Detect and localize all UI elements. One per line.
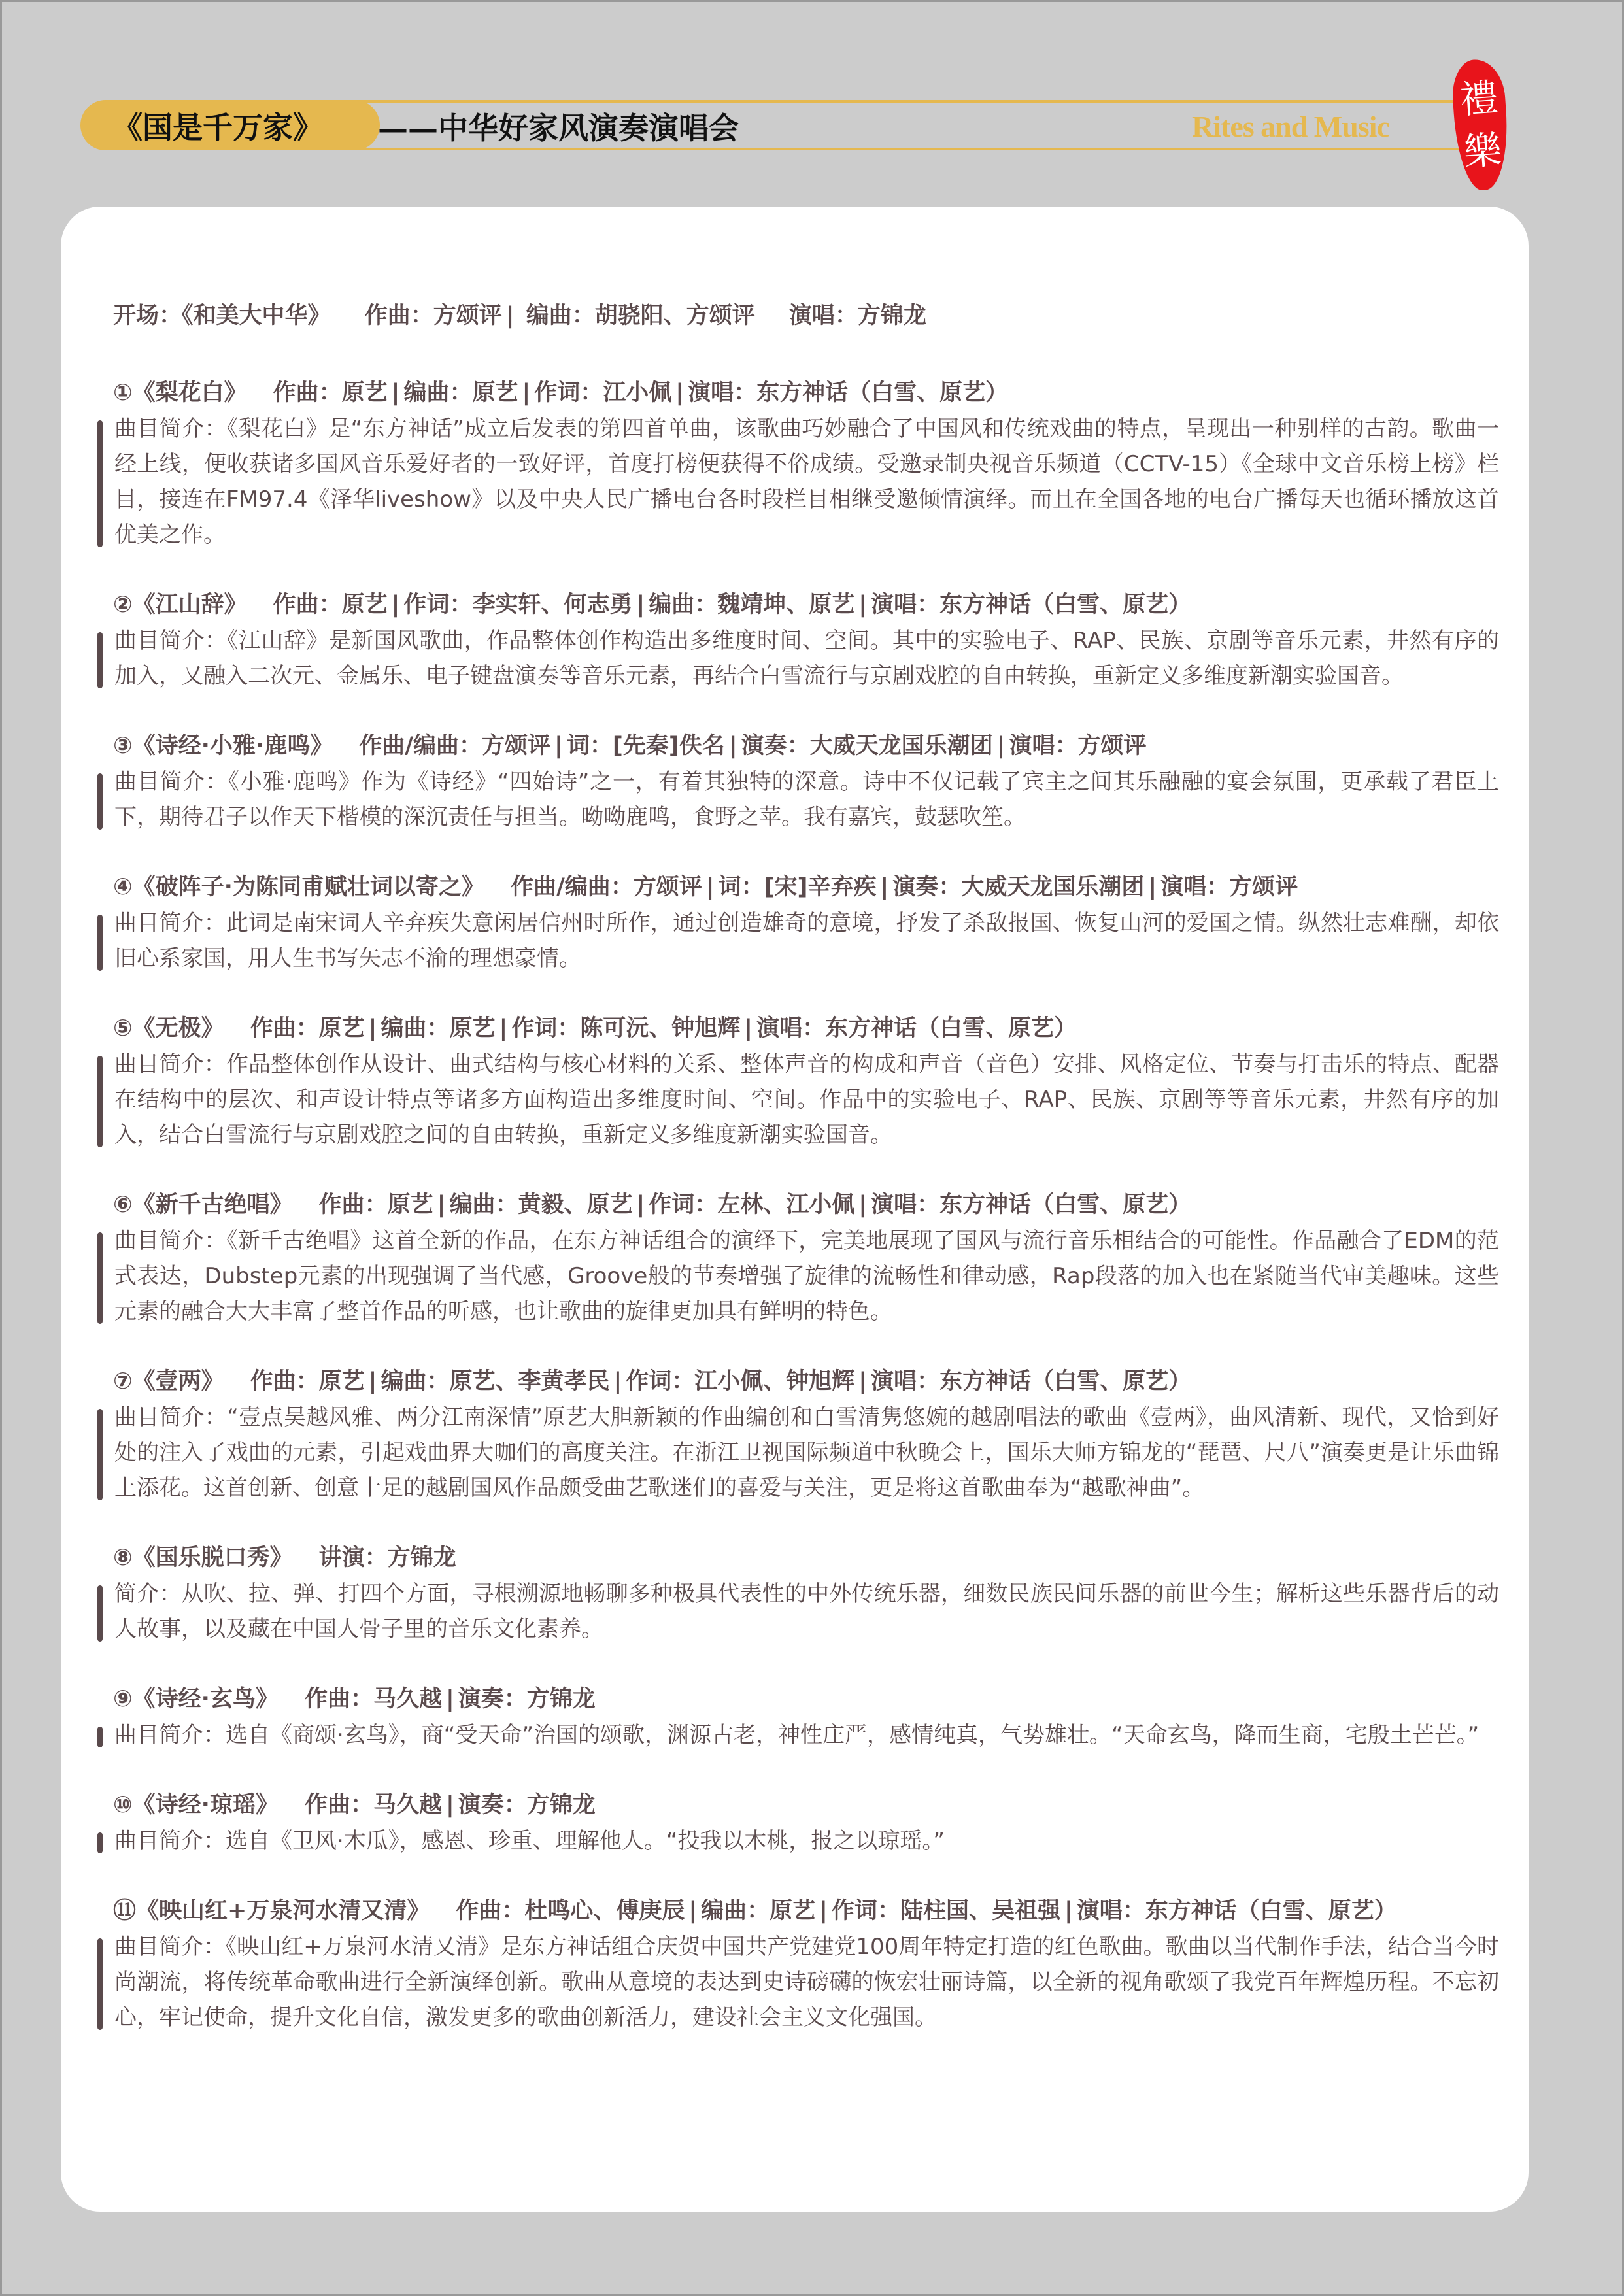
credit-item: 作词：李实轩、何志勇 [403,592,632,618]
program-item: ⑤《无极》作曲：原艺|编曲：原艺|作词：陈可沅、钟旭辉|演唱：东方神话（白雪、原… [113,1010,1499,1153]
credit-separator: | [1148,869,1157,905]
opening-label: 开场：《和美大中华》 [113,303,331,329]
song-credits: 作曲：原艺|编曲：黄毅、原艺|作词：左林、江小佩|演唱：东方神话（白雪、原艺） [319,1192,1191,1218]
program-item-header: ⑥《新千古绝唱》作曲：原艺|编曲：黄毅、原艺|作词：左林、江小佩|演唱：东方神话… [113,1187,1499,1223]
program-item-header: ⑨《诗经·玄鸟》作曲：马久越|演奏：方锦龙 [113,1681,1499,1717]
song-credits: 作曲：原艺|作词：李实轩、何志勇|编曲：魏靖坤、原艺|演唱：东方神话（白雪、原艺… [273,592,1191,618]
credit-item: 编曲：原艺、李黄孝民 [381,1368,609,1394]
program-item-header: ⑧《国乐脱口秀》讲演：方锦龙 [113,1540,1499,1576]
credit-item: 作曲：原艺 [250,1368,365,1394]
song-description: 曲目简介：选自《商颂·玄鸟》，商“受天命”治国的颂歌，渊源古老，神性庄严，感情纯… [113,1717,1499,1753]
song-title: ⑨《诗经·玄鸟》 [113,1686,279,1712]
song-credits: 作曲/编曲：方颂评|词：[先秦]佚名|演奏：大威天龙国乐潮团|演唱：方颂评 [359,733,1146,759]
credit-separator: | [1064,1893,1073,1929]
program-item: ⑦《壹两》作曲：原艺|编曲：原艺、李黄孝民|作词：江小佩、钟旭辉|演唱：东方神话… [113,1363,1499,1506]
credit-separator: | [636,1187,645,1223]
opening-arranger: 编曲：胡骁阳、方颂评 [526,303,755,329]
credit-item: 作词：陆柱国、吴祖强 [832,1898,1060,1924]
credit-item: 演奏：方锦龙 [458,1686,596,1712]
credit-item: 作曲：马久越 [305,1686,442,1712]
song-credits: 作曲/编曲：方颂评|词：[宋]辛弃疾|演奏：大威天龙国乐潮团|演唱：方颂评 [511,874,1298,900]
credit-item: 演唱：东方神话（白雪、原艺） [871,1368,1191,1394]
credit-separator: | [744,1010,753,1047]
credit-item: 作曲：原艺 [273,592,388,618]
credit-item: 编曲：原艺 [701,1898,815,1924]
song-title: ⑩《诗经·琼瑶》 [113,1792,279,1818]
concert-title: 《国是千万家》 [112,104,323,147]
program-item: ④《破阵子·为陈同甫赋壮词以寄之》作曲/编曲：方颂评|词：[宋]辛弃疾|演奏：大… [113,869,1499,976]
credit-item: 演唱：方颂评 [1009,733,1146,759]
credit-separator: | [997,728,1006,764]
song-credits: 作曲：马久越|演奏：方锦龙 [305,1792,596,1818]
english-tagline: Rites and Music [1192,107,1389,146]
credit-item: 编曲：原艺 [403,380,518,406]
credit-separator: | [392,375,400,411]
credit-item: 作曲/编曲：方颂评 [511,874,702,900]
program-item: ⑨《诗经·玄鸟》作曲：马久越|演奏：方锦龙 曲目简介：选自《商颂·玄鸟》，商“受… [113,1681,1499,1753]
credit-item: 作曲：原艺 [273,380,388,406]
song-title: ③《诗经·小雅·鹿鸣》 [113,733,333,759]
program-item: ②《江山辞》作曲：原艺|作词：李实轩、何志勇|编曲：魏靖坤、原艺|演唱：东方神话… [113,586,1499,694]
seal-char-li: 禮 [1458,71,1499,126]
credit-separator: | [392,586,400,623]
credit-separator: | [881,869,889,905]
credit-item: 演唱：东方神话（白雪、原艺） [688,380,1008,406]
song-title: ⑦《壹两》 [113,1368,224,1394]
song-description: 曲目简介：《映山红+万泉河水清又清》是东方神话组合庆贺中国共产党建党100周年特… [113,1929,1499,2035]
song-description: 曲目简介：《江山辞》是新国风歌曲，作品整体创作构造出多维度时间、空间。其中的实验… [113,623,1499,694]
opening-singer: 演唱：方锦龙 [789,303,926,329]
credit-separator: | [858,1187,867,1223]
song-description: 曲目简介：作品整体创作从设计、曲式结构与核心材料的关系、整体声音的构成和声音（音… [113,1047,1499,1153]
credit-item: 演奏：方锦龙 [458,1792,596,1818]
title-badge: 《国是千万家》 [80,100,355,150]
song-credits: 作曲：杜鸣心、傅庚辰|编曲：原艺|作词：陆柱国、吴祖强|演唱：东方神话（白雪、原… [456,1898,1396,1924]
credit-item: 演唱：方颂评 [1160,874,1298,900]
program-item: ⑥《新千古绝唱》作曲：原艺|编曲：黄毅、原艺|作词：左林、江小佩|演唱：东方神话… [113,1187,1499,1329]
opening-act: 开场：《和美大中华》 作曲：方颂评| 编曲：胡骁阳、方颂评 演唱：方锦龙 [113,296,1499,335]
program-item: ⑧《国乐脱口秀》讲演：方锦龙 简介：从吹、拉、弹、打四个方面，寻根溯源地畅聊多种… [113,1540,1499,1647]
credit-item: 编曲：魏靖坤、原艺 [649,592,854,618]
credit-separator: | [858,1363,867,1400]
program-item: ③《诗经·小雅·鹿鸣》作曲/编曲：方颂评|词：[先秦]佚名|演奏：大威天龙国乐潮… [113,728,1499,835]
credit-item: 演唱：东方神话（白雪、原艺） [871,1192,1191,1218]
credit-item: 演唱：东方神话（白雪、原艺） [756,1015,1077,1041]
credit-item: 演唱：东方神话（白雪、原艺） [871,592,1191,618]
credit-separator: | [499,1010,507,1047]
credit-item: 编曲：黄毅、原艺 [449,1192,632,1218]
credit-separator: | [554,728,563,764]
program-item-header: ⑪《映山红+万泉河水清又清》作曲：杜鸣心、傅庚辰|编曲：原艺|作词：陆柱国、吴祖… [113,1893,1499,1929]
credit-item: 作曲/编曲：方颂评 [359,733,550,759]
credit-item: 作词：江小佩 [534,380,671,406]
credit-item: 作曲：杜鸣心、傅庚辰 [456,1898,685,1924]
song-description: 曲目简介：《小雅·鹿鸣》作为《诗经》“四始诗”之一，有着其独特的深意。诗中不仅记… [113,764,1499,835]
credit-item: 作曲：原艺 [319,1192,433,1218]
song-title: ④《破阵子·为陈同甫赋壮词以寄之》 [113,874,484,900]
credit-item: 作词：陈可沅、钟旭辉 [511,1015,740,1041]
song-credits: 作曲：原艺|编曲：原艺|作词：陈可沅、钟旭辉|演唱：东方神话（白雪、原艺） [250,1015,1077,1041]
credit-separator: | [858,586,867,623]
credit-item: 作词：江小佩、钟旭辉 [626,1368,854,1394]
program-item-header: ①《梨花白》作曲：原艺|编曲：原艺|作词：江小佩|演唱：东方神话（白雪、原艺） [113,375,1499,411]
credit-item: 演唱：东方神话（白雪、原艺） [1077,1898,1397,1924]
song-credits: 讲演：方锦龙 [319,1545,456,1571]
program-item-header: ④《破阵子·为陈同甫赋壮词以寄之》作曲/编曲：方颂评|词：[宋]辛弃疾|演奏：大… [113,869,1499,905]
song-title: ⑥《新千古绝唱》 [113,1192,293,1218]
credit-separator: | [729,728,737,764]
credit-item: 作曲：马久越 [305,1792,442,1818]
credit-item: 词：[先秦]佚名 [567,733,725,759]
credit-separator: | [688,1893,697,1929]
program-item: ⑩《诗经·琼瑶》作曲：马久越|演奏：方锦龙 曲目简介：选自《卫风·木瓜》，感恩、… [113,1787,1499,1859]
credit-separator: | [522,375,530,411]
credit-item: 编曲：原艺 [381,1015,495,1041]
credit-item: 作曲：原艺 [250,1015,365,1041]
credit-separator: | [446,1681,454,1717]
program-item-header: ⑩《诗经·琼瑶》作曲：马久越|演奏：方锦龙 [113,1787,1499,1823]
credit-separator: | [613,1363,622,1400]
credit-separator: | [369,1363,377,1400]
song-description: 曲目简介：《梨花白》是“东方神话”成立后发表的第四首单曲，该歌曲巧妙融合了中国风… [113,411,1499,552]
program-item: ⑪《映山红+万泉河水清又清》作曲：杜鸣心、傅庚辰|编曲：原艺|作词：陆柱国、吴祖… [113,1893,1499,2035]
credit-separator: | [636,586,645,623]
credit-item: 讲演：方锦龙 [319,1545,456,1571]
song-description: 曲目简介：此词是南宋词人辛弃疾失意闲居信州时所作，通过创造雄奇的意境，抒发了杀敌… [113,905,1499,976]
credit-separator: | [437,1187,446,1223]
song-title: ⑤《无极》 [113,1015,224,1041]
song-credits: 作曲：原艺|编曲：原艺、李黄孝民|作词：江小佩、钟旭辉|演唱：东方神话（白雪、原… [250,1368,1191,1394]
rites-music-seal-icon: 禮 樂 [1450,58,1512,192]
song-description: 曲目简介：《新千古绝唱》这首全新的作品，在东方神话组合的演绎下，完美地展现了国风… [113,1223,1499,1329]
program-item-header: ②《江山辞》作曲：原艺|作词：李实轩、何志勇|编曲：魏靖坤、原艺|演唱：东方神话… [113,586,1499,623]
credit-item: 作词：左林、江小佩 [649,1192,854,1218]
program-item-header: ③《诗经·小雅·鹿鸣》作曲/编曲：方颂评|词：[先秦]佚名|演奏：大威天龙国乐潮… [113,728,1499,764]
program-list: 开场：《和美大中华》 作曲：方颂评| 编曲：胡骁阳、方颂评 演唱：方锦龙 ①《梨… [113,296,1499,2069]
song-description: 简介：从吹、拉、弹、打四个方面，寻根溯源地畅聊多种极具代表性的中外传统乐器，细数… [113,1576,1499,1647]
credit-separator: | [675,375,684,411]
song-title: ⑪《映山红+万泉河水清又清》 [113,1898,430,1924]
program-item-header: ⑤《无极》作曲：原艺|编曲：原艺|作词：陈可沅、钟旭辉|演唱：东方神话（白雪、原… [113,1010,1499,1047]
credit-separator: | [446,1787,454,1823]
seal-char-yue: 樂 [1462,124,1503,178]
page-header: 《国是千万家》 ——中华好家风演奏演唱会 Rites and Music 禮 樂 [2,2,1624,198]
concert-subtitle: ——中华好家风演奏演唱会 [378,103,739,149]
program-item-header: ⑦《壹两》作曲：原艺|编曲：原艺、李黄孝民|作词：江小佩、钟旭辉|演唱：东方神话… [113,1363,1499,1400]
song-description: 曲目简介：“壹点吴越风雅、两分江南深情”原艺大胆新颖的作曲编创和白雪清隽悠婉的越… [113,1400,1499,1506]
song-description: 曲目简介：选自《卫风·木瓜》，感恩、珍重、理解他人。“投我以木桃，报之以琼瑶。” [113,1823,1499,1859]
credit-separator: | [706,869,715,905]
opening-composer: 作曲：方颂评 [365,303,502,329]
credit-separator: | [369,1010,377,1047]
song-credits: 作曲：原艺|编曲：原艺|作词：江小佩|演唱：东方神话（白雪、原艺） [273,380,1008,406]
credit-separator: | [819,1893,828,1929]
song-title: ⑧《国乐脱口秀》 [113,1545,293,1571]
song-title: ②《江山辞》 [113,592,247,618]
song-credits: 作曲：马久越|演奏：方锦龙 [305,1686,596,1712]
program-item: ①《梨花白》作曲：原艺|编曲：原艺|作词：江小佩|演唱：东方神话（白雪、原艺） … [113,375,1499,552]
credit-item: 演奏：大威天龙国乐潮团 [741,733,993,759]
credit-item: 词：[宋]辛弃疾 [719,874,877,900]
song-title: ①《梨花白》 [113,380,247,406]
credit-item: 演奏：大威天龙国乐潮团 [892,874,1144,900]
